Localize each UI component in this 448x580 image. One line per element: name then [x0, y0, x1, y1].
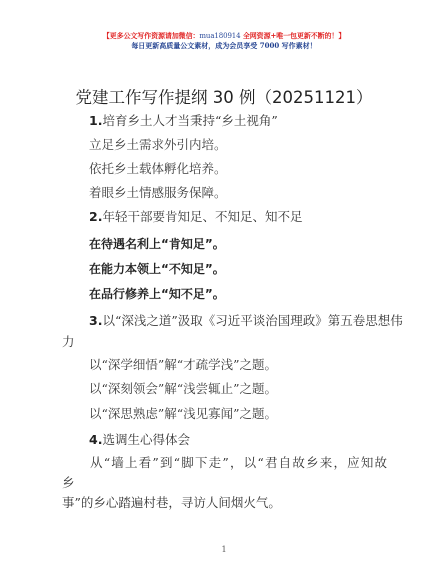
- section-point: 在待遇名利上“肯知足”。: [89, 235, 225, 252]
- promo-banner-line-2: 每日更新高质量公文素材，成为会员享受 7000 写作素材！: [0, 41, 448, 51]
- section-heading-2: 2.年轻干部要肯知足、不知足、知不足: [89, 207, 302, 225]
- wechat-id: mua180914: [199, 32, 240, 40]
- promo-text: 全网资源+唯一包更新不断的！】: [241, 31, 346, 40]
- section-point: 在品行修养上“知不足”。: [89, 285, 225, 302]
- document-title: 党建工作写作提纲 30 例（20251121）: [0, 84, 448, 108]
- paragraph-line: 事”的乡心踏遍村巷，寻访人间烟火气。: [62, 493, 392, 513]
- section-heading-text: 选调生心得体会: [102, 432, 190, 447]
- section-number: 1.: [89, 113, 102, 128]
- section-point: 以“深思熟虑”解“浅见寡闻”之题。: [89, 404, 277, 422]
- section-point: 以“深学细悟”解“才疏学浅”之题。: [89, 355, 277, 373]
- section-heading-1: 1.培育乡土人才当秉持“乡土视角”: [89, 111, 278, 129]
- section-number: 4.: [89, 432, 102, 447]
- section-number: 3.: [89, 313, 102, 328]
- page-number: 1: [0, 545, 448, 554]
- section-point: 在能力本领上“不知足”。: [89, 260, 225, 277]
- section-point: 着眼乡土情感服务保障。: [89, 183, 227, 201]
- section-heading-text: 培育乡土人才当秉持“乡土视角”: [102, 113, 277, 128]
- section-point: 依托乡土载体孵化培养。: [89, 159, 227, 177]
- promo-banner-line-1: 【更多公文写作资源请加微信：mua180914 全网资源+唯一包更新不断的！】: [0, 31, 448, 41]
- section-heading-3: 3.以“深浅之道”汲取《习近平谈治国理政》第五卷思想伟: [89, 311, 403, 329]
- section-heading-text: 以“深浅之道”汲取《习近平谈治国理政》第五卷思想伟: [102, 313, 402, 328]
- section-heading-4: 4.选调生心得体会: [89, 430, 190, 448]
- section-point: 立足乡土需求外引内培。: [89, 135, 227, 153]
- section-heading-text: 年轻干部要肯知足、不知足、知不足: [102, 209, 302, 224]
- section-heading-wrap: 力: [62, 332, 75, 350]
- promo-text: 【更多公文写作资源请加微信：: [103, 31, 200, 40]
- paragraph-line: 从“墙上看”到“脚下走”，以“君自故乡来，应知故乡: [62, 453, 392, 493]
- section-number: 2.: [89, 209, 102, 224]
- section-point: 以“深刻领会”解“浅尝辄止”之题。: [89, 379, 277, 397]
- section-paragraph: 从“墙上看”到“脚下走”，以“君自故乡来，应知故乡 事”的乡心踏遍村巷，寻访人间…: [62, 453, 392, 513]
